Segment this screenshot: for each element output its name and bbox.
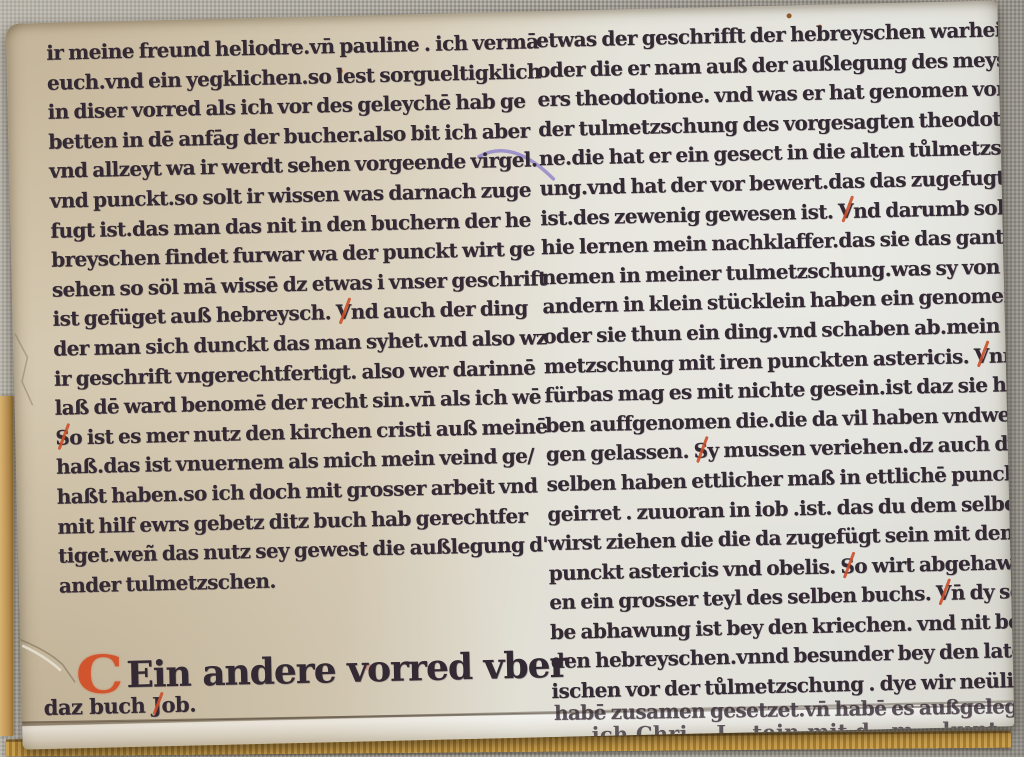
heading-text: Ein andere vorred vber (126, 643, 568, 697)
rubricated-initial: S (55, 423, 70, 453)
under-page-edge (0, 396, 13, 736)
text-column-left: ir meine freund heliodre.vn̄ pauline . i… (46, 28, 515, 601)
rubricated-initial: S (840, 552, 855, 582)
rubricated-initial: V (936, 579, 952, 609)
heading-subtitle: daz buch Job. (43, 691, 196, 720)
book-photo: ir meine freund heliodre.vn̄ pauline . i… (0, 0, 1024, 757)
book-page: ir meine freund heliodre.vn̄ pauline . i… (6, 0, 1015, 749)
rubricated-initial: V (838, 196, 854, 226)
rubricated-initial: V (335, 298, 351, 328)
pilcrow-mark-icon: C (75, 653, 124, 698)
rubricated-initial: S (693, 437, 708, 467)
rubricated-initial: V (974, 341, 990, 371)
rubricated-initial: J (152, 692, 162, 717)
section-heading: C Ein andere vorred vber (78, 643, 568, 699)
stain-speck (787, 13, 792, 18)
text-column-right: etwas der geschrifft der hebreyschen war… (536, 16, 1010, 707)
